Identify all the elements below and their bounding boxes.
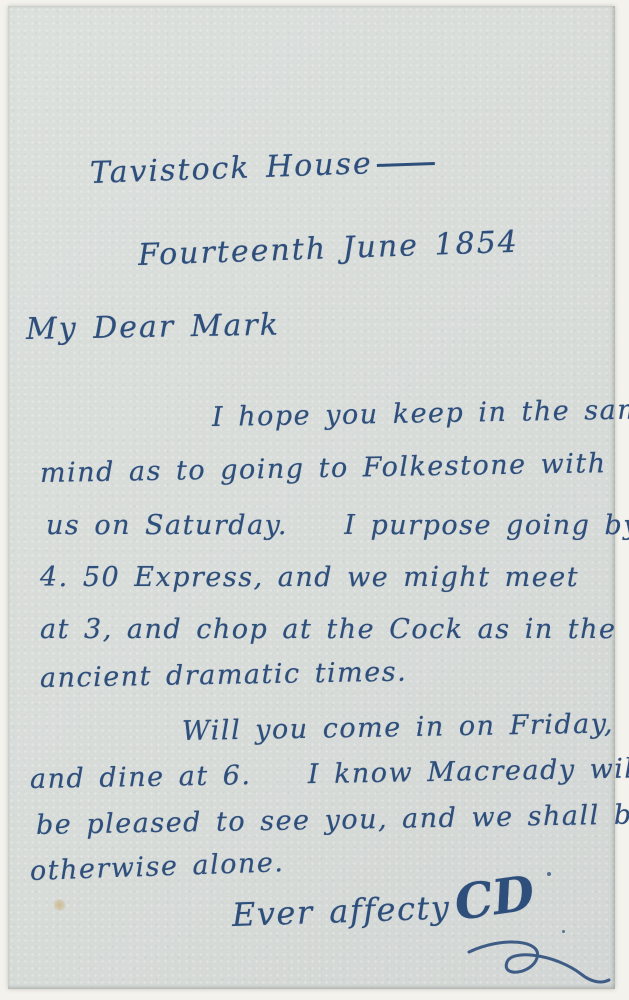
signature-flourish bbox=[463, 934, 613, 996]
date-text: Fourteenth June 1854 bbox=[137, 225, 519, 273]
salutation: My Dear Mark bbox=[26, 308, 280, 347]
address-text: Tavistock House bbox=[89, 146, 373, 191]
body-line: otherwise alone. bbox=[29, 847, 284, 887]
body-line: Will you come in on Friday, bbox=[182, 708, 615, 747]
body-line: 4. 50 Express, and we might meet bbox=[40, 562, 579, 593]
body-line: ancient dramatic times. bbox=[40, 657, 408, 694]
body-line: be pleased to see you, and we shall be bbox=[36, 799, 629, 841]
ink-speck bbox=[562, 930, 565, 933]
body-line: and dine at 6. I know Macready will bbox=[30, 753, 629, 795]
address-underline-flourish bbox=[377, 162, 435, 167]
body-line: at 3, and chop at the Cock as in the bbox=[40, 614, 617, 645]
body-line: us on Saturday. I purpose going by the bbox=[46, 510, 629, 541]
ink-speck bbox=[547, 872, 551, 876]
valediction: Ever affecty bbox=[231, 888, 451, 934]
body-line: mind as to going to Folkestone with bbox=[40, 448, 607, 489]
body-line: I hope you keep in the same bbox=[212, 394, 629, 433]
signature-initials: CD bbox=[451, 865, 538, 932]
date-line: Fourteenth June 1854 bbox=[137, 225, 519, 273]
address-line: Tavistock House bbox=[89, 144, 435, 191]
letter-paper: Tavistock House Fourteenth June 1854 My … bbox=[8, 6, 615, 989]
letter-scan: Tavistock House Fourteenth June 1854 My … bbox=[0, 0, 629, 1000]
paper-stain bbox=[53, 899, 66, 911]
